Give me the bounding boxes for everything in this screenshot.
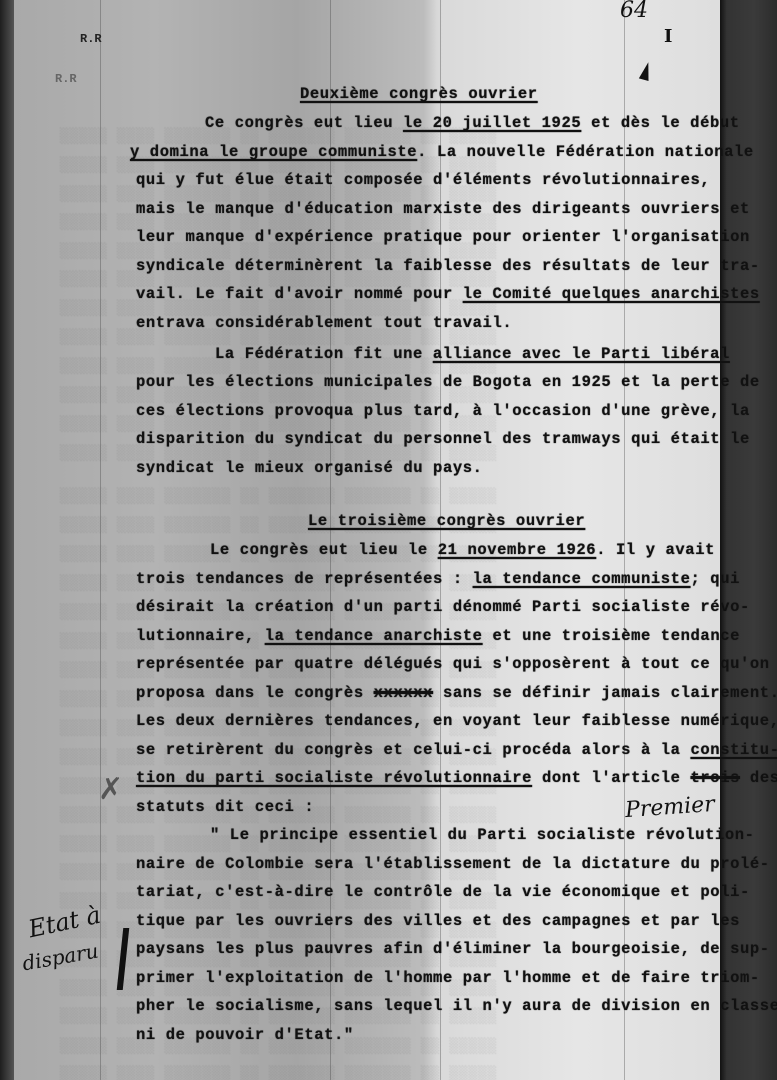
text-run: syndicat le mieux organisé du pays. <box>136 459 483 477</box>
text-line: naire de Colombie sera l'établissement d… <box>136 855 770 873</box>
scan-left-edge <box>0 0 14 1080</box>
text-line: vail. Le fait d'avoir nommé pour le Comi… <box>136 285 760 303</box>
text-line: mais le manque d'éducation marxiste des … <box>136 200 750 218</box>
text-line: ces élections provoqua plus tard, à l'oc… <box>136 402 750 420</box>
text-line: primer l'exploitation de l'homme par l'h… <box>136 969 760 987</box>
underlined-text: le 20 juillet 1925 <box>403 114 581 132</box>
text-line: leur manque d'expérience pratique pour o… <box>136 228 750 246</box>
text-line: entrava considérablement tout travail. <box>136 314 512 332</box>
roman-numeral: I <box>664 26 672 47</box>
underlined-text: le Comité quelques anarchistes <box>463 285 760 303</box>
text-run: dont l'article <box>532 769 690 787</box>
text-line: proposa dans le congrès xxxxxx sans se d… <box>136 684 777 702</box>
text-line: pour les élections municipales de Bogota… <box>136 373 760 391</box>
text-run: pour les élections municipales de Bogota… <box>136 373 760 391</box>
underlined-text: constitu- <box>690 741 777 759</box>
text-run: . Il y avait <box>596 541 715 559</box>
text-run: syndicale déterminèrent la faiblesse des… <box>136 257 760 275</box>
text-run: disparition du syndicat du personnel des… <box>136 430 750 448</box>
text-run: sans se définir jamais clairement. <box>433 684 777 702</box>
header-mark: R.R <box>80 32 102 46</box>
struck-text: trois <box>691 769 741 787</box>
text-line: ni de pouvoir d'Etat." <box>136 1026 354 1044</box>
text-run: mais le manque d'éducation marxiste des … <box>136 200 750 218</box>
text-line: statuts dit ceci : <box>136 798 314 816</box>
text-line: tion du parti socialiste révolutionnaire… <box>136 769 777 787</box>
text-run: qui y fut élue était composée d'éléments… <box>136 171 710 189</box>
text-run: des <box>740 769 777 787</box>
text-run: " Le principe essentiel du Parti sociali… <box>210 826 755 844</box>
underlined-text: y domina le groupe communiste <box>130 143 417 161</box>
text-run: trois tendances de représentées : <box>136 570 473 588</box>
text-run: . La nouvelle Fédération nationale <box>417 143 754 161</box>
text-run: pher le socialisme, sans lequel il n'y a… <box>136 997 777 1015</box>
text-run: primer l'exploitation de l'homme par l'h… <box>136 969 760 987</box>
bleed-through-line: ░░░░░ ░░░░ ░░░░░░░ ░░ ░░░░░░░ ░░░░░░░ ░░… <box>60 1066 497 1080</box>
text-line: La Fédération fit une alliance avec le P… <box>215 345 730 363</box>
text-run: tique par les ouvriers des villes et des… <box>136 912 740 930</box>
text-line: tique par les ouvriers des villes et des… <box>136 912 740 930</box>
text-run: ; qui <box>691 570 741 588</box>
text-line: lutionnaire, la tendance anarchiste et u… <box>136 627 740 645</box>
underlined-text: tion du parti socialiste révolutionnaire <box>136 769 532 787</box>
text-line: désirait la création d'un parti dénommé … <box>136 598 750 616</box>
margin-cross-mark: ✗ <box>98 772 123 807</box>
header-mark-ghost: R.R <box>55 72 77 86</box>
text-run: désirait la création d'un parti dénommé … <box>136 598 750 616</box>
text-line: disparition du syndicat du personnel des… <box>136 430 750 448</box>
text-line: pher le socialisme, sans lequel il n'y a… <box>136 997 777 1015</box>
text-run: naire de Colombie sera l'établissement d… <box>136 855 770 873</box>
text-run: leur manque d'expérience pratique pour o… <box>136 228 750 246</box>
text-line: syndicat le mieux organisé du pays. <box>136 459 483 477</box>
text-line: syndicale déterminèrent la faiblesse des… <box>136 257 760 275</box>
text-run: et une troisième tendance <box>483 627 740 645</box>
text-run: Le congrès eut lieu le <box>210 541 438 559</box>
text-run: Ce congrès eut lieu <box>205 114 403 132</box>
text-line: tariat, c'est-à-dire le contrôle de la v… <box>136 883 750 901</box>
text-line: représentée par quatre délégués qui s'op… <box>136 655 770 673</box>
text-run: et dès le début <box>581 114 739 132</box>
text-run: ces élections provoqua plus tard, à l'oc… <box>136 402 750 420</box>
text-line: Le congrès eut lieu le 21 novembre 1926.… <box>210 541 715 559</box>
underlined-text: la tendance communiste <box>473 570 691 588</box>
text-line: paysans les plus pauvres afin d'éliminer… <box>136 940 770 958</box>
text-run: se retirèrent du congrès et celui-ci pro… <box>136 741 690 759</box>
text-run: statuts dit ceci : <box>136 798 314 816</box>
text-line: qui y fut élue était composée d'éléments… <box>136 171 710 189</box>
text-line: se retirèrent du congrès et celui-ci pro… <box>136 741 777 759</box>
text-line: trois tendances de représentées : la ten… <box>136 570 740 588</box>
text-run: entrava considérablement tout travail. <box>136 314 512 332</box>
text-run: Les deux dernières tendances, en voyant … <box>136 712 777 730</box>
underlined-text: la tendance anarchiste <box>265 627 483 645</box>
text-run: La Fédération fit une <box>215 345 433 363</box>
text-run: ni de pouvoir d'Etat." <box>136 1026 354 1044</box>
text-line: " Le principe essentiel du Parti sociali… <box>210 826 755 844</box>
text-line: Les deux dernières tendances, en voyant … <box>136 712 777 730</box>
page-number-handwritten: 64 <box>620 0 648 23</box>
struck-text: xxxxxx <box>374 684 433 702</box>
text-run: proposa dans le congrès <box>136 684 374 702</box>
bleed-through-line: ░░░░░ ░░░░ ░░░░░░░ ░░ ░░░░░░░ ░░░░░░░ ░░… <box>60 488 497 505</box>
text-line: y domina le groupe communiste. La nouvel… <box>130 143 754 161</box>
text-run: paysans les plus pauvres afin d'éliminer… <box>136 940 770 958</box>
text-run: représentée par quatre délégués qui s'op… <box>136 655 770 673</box>
text-run: lutionnaire, <box>136 627 265 645</box>
section-heading-2nd-congress: Deuxième congrès ouvrier <box>300 85 538 103</box>
section-heading-3rd-congress: Le troisième congrès ouvrier <box>308 512 585 530</box>
text-line: Ce congrès eut lieu le 20 juillet 1925 e… <box>205 114 740 132</box>
underlined-text: 21 novembre 1926 <box>438 541 596 559</box>
underlined-text: alliance avec le Parti libéral <box>433 345 730 363</box>
text-run: vail. Le fait d'avoir nommé pour <box>136 285 463 303</box>
text-run: tariat, c'est-à-dire le contrôle de la v… <box>136 883 750 901</box>
